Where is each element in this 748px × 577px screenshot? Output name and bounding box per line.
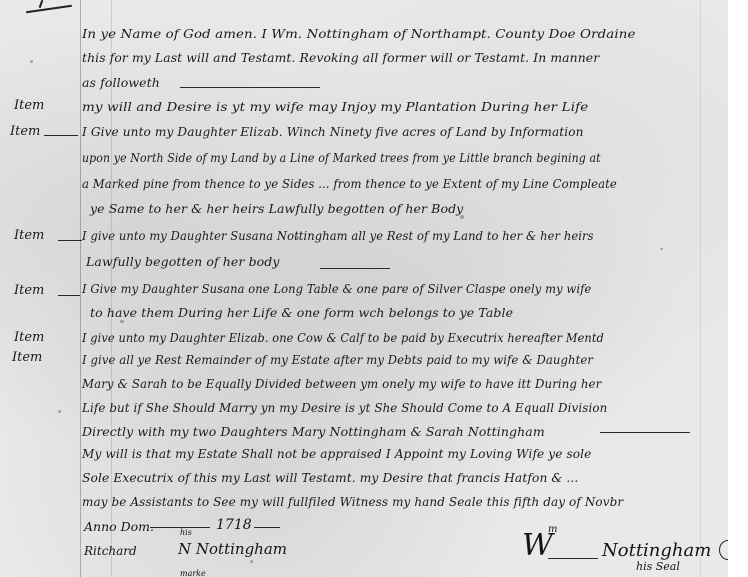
margin-dash: [44, 135, 78, 136]
witness-his-label: his: [180, 528, 192, 537]
will-line: Directly with my two Daughters Mary Nott…: [82, 424, 545, 439]
margin-note-item: Item: [14, 283, 44, 298]
will-line: Sole Executrix of this my Last will Test…: [82, 470, 578, 485]
margin-rule-line: [80, 0, 81, 577]
margin-note-item: Item: [14, 330, 44, 345]
signature-surname: Nottingham: [602, 540, 711, 561]
page-corner-mark: [39, 0, 44, 8]
will-line: a Marked pine from thence to ye Sides ..…: [82, 176, 617, 191]
will-line: to have them During her Life & one form …: [90, 305, 513, 320]
line-filler-flourish: [180, 87, 320, 88]
seal-icon: [719, 540, 728, 560]
will-line: upon ye North Side of my Land by a Line …: [82, 150, 601, 165]
will-line: my will and Desire is yt my wife may Inj…: [82, 99, 588, 114]
manuscript-page: Item Item Item Item Item Item In ye Name…: [0, 0, 728, 577]
anno-domini-label: Anno Dom.: [84, 519, 154, 534]
will-line: I give unto my Daughter Elizab. one Cow …: [82, 330, 604, 345]
will-line: I give all ye Rest Remainder of my Estat…: [82, 352, 593, 367]
date-flourish: [254, 527, 280, 528]
margin-note-item: Item: [12, 350, 42, 365]
paper-speck: [58, 410, 61, 413]
will-line: as followeth: [82, 75, 160, 90]
seal-label: his Seal: [636, 560, 680, 573]
line-filler-flourish: [600, 432, 690, 433]
paper-speck: [30, 60, 33, 63]
margin-note-item: Item: [14, 228, 44, 243]
will-line: Lawfully begotten of her body: [86, 254, 280, 269]
witness-name: Ritchard: [84, 544, 137, 558]
margin-dash: [58, 295, 80, 296]
witness-mark: N Nottingham: [178, 540, 287, 558]
witness-marke-label: marke: [180, 569, 206, 577]
margin-rule-line: [700, 0, 701, 577]
will-line: I Give unto my Daughter Elizab. Winch Ni…: [82, 124, 584, 139]
will-line: I Give my Daughter Susana one Long Table…: [82, 281, 591, 296]
will-line: ye Same to her & her heirs Lawfully bego…: [90, 201, 463, 216]
margin-dash: [58, 240, 82, 241]
paper-speck: [460, 215, 464, 219]
paper-speck: [120, 320, 124, 323]
will-line: may be Assistants to See my will fullfil…: [82, 494, 623, 509]
will-line: I give unto my Daughter Susana Nottingha…: [82, 228, 594, 243]
will-line: Life but if She Should Marry yn my Desir…: [82, 400, 607, 415]
paper-speck: [296, 236, 299, 239]
will-line: this for my Last will and Testamt. Revok…: [82, 50, 599, 65]
witness-mark-initial: N: [178, 540, 191, 558]
paper-speck: [250, 560, 253, 563]
line-filler-flourish: [320, 268, 390, 269]
will-line: In ye Name of God amen. I Wm. Nottingham…: [82, 26, 635, 41]
margin-note-item: Item: [14, 98, 44, 113]
page-corner-mark: [26, 5, 72, 13]
year-label: 1718: [216, 517, 252, 533]
signature-flourish: [548, 558, 598, 559]
will-line: My will is that my Estate Shall not be a…: [82, 446, 591, 461]
signature-superscript: m: [548, 524, 557, 535]
paper-speck: [660, 248, 663, 250]
witness-mark-name: Nottingham: [196, 540, 287, 558]
scan-border: [728, 0, 748, 577]
margin-note-item: Item: [10, 124, 40, 139]
will-line: Mary & Sarah to be Equally Divided betwe…: [82, 376, 601, 391]
